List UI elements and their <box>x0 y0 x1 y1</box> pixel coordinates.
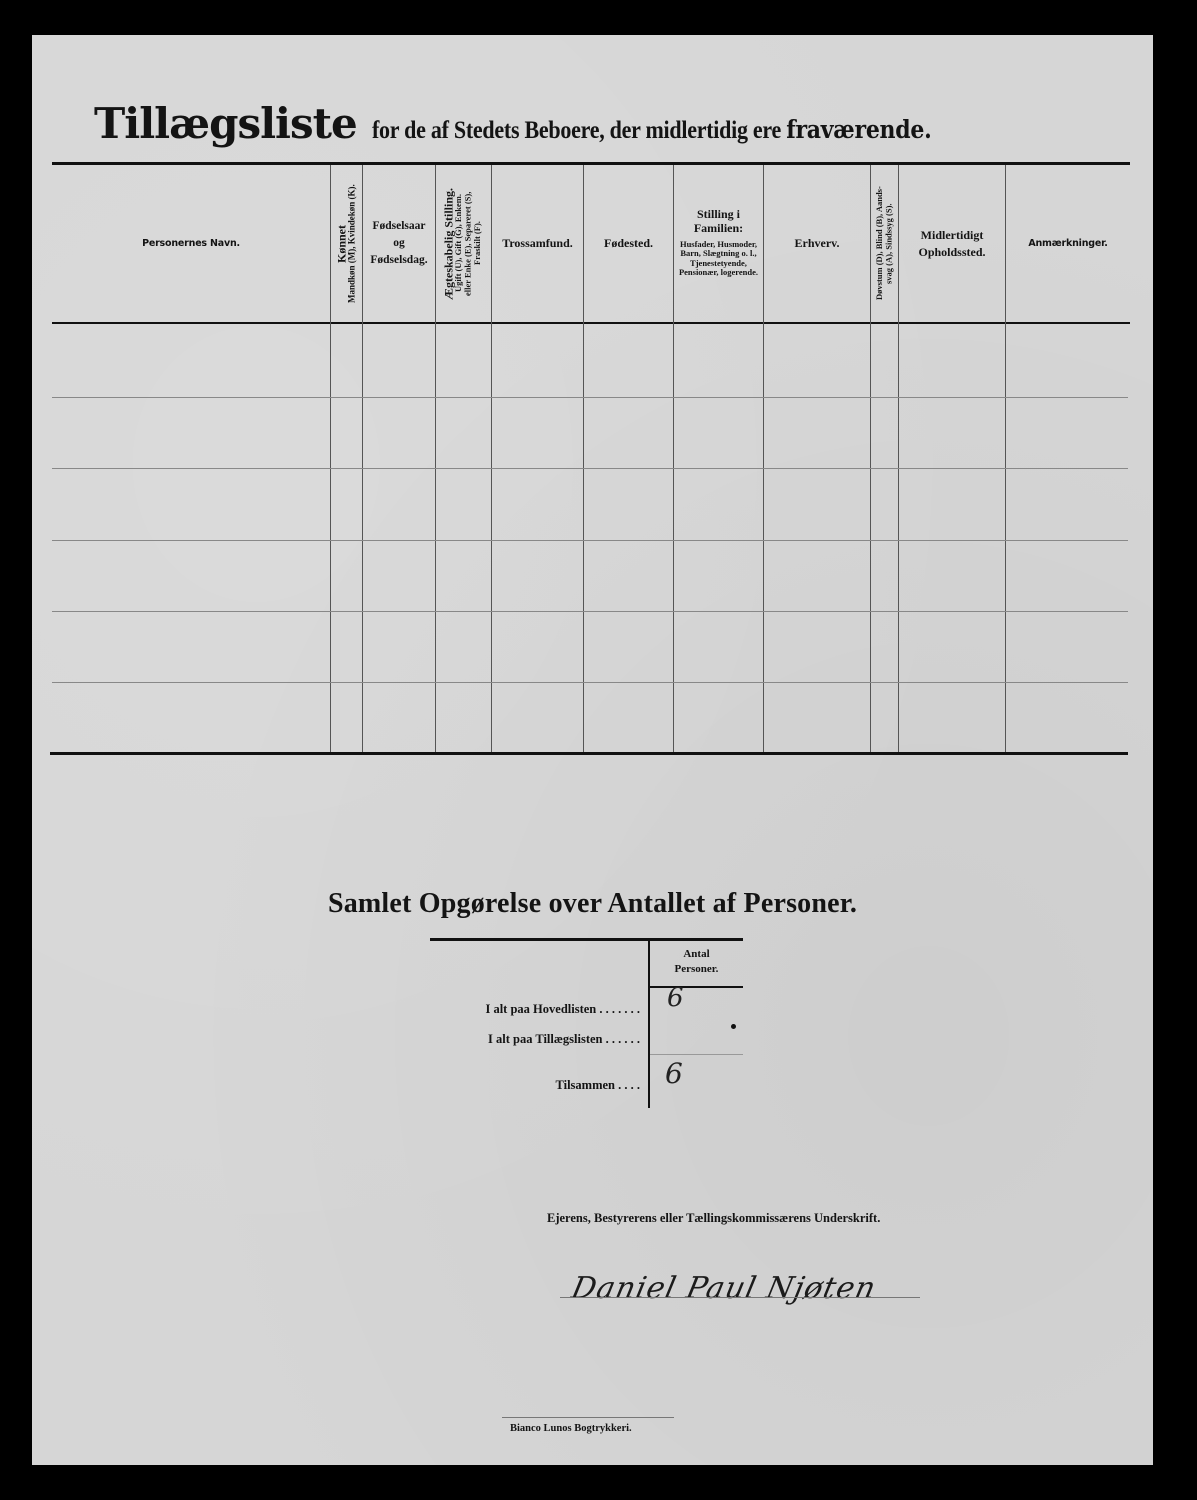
summary-label-tilsammen: Tilsammen . . . . <box>430 1078 640 1093</box>
title-emphasis: fraværende. <box>786 115 931 144</box>
table-row[interactable] <box>52 469 1128 540</box>
table-bottom-rule <box>50 752 1128 755</box>
table-row[interactable] <box>52 612 1128 682</box>
signature[interactable]: Daniel Paul Njøten <box>568 1271 879 1306</box>
census-form-page: Tillægsliste for de af Stedets Beboere, … <box>32 35 1153 1465</box>
header-erhverv: Erhverv. <box>764 165 870 322</box>
summary-label-hovedlisten: I alt paa Hovedlisten . . . . . . . <box>430 1002 640 1017</box>
printer-imprint: Bianco Lunos Bogtrykkeri. <box>510 1423 632 1434</box>
title-subtitle: for de af Stedets Beboere, der midlertid… <box>372 115 932 145</box>
header-fodsel: FødselsaarogFødselsdag. <box>363 165 435 322</box>
ink-dot <box>731 1024 736 1029</box>
header-navn: Personernes Navn. <box>52 165 330 322</box>
form-title: Tillægsliste for de af Stedets Beboere, … <box>94 99 1104 159</box>
signature-caption: Ejerens, Bestyrerens eller Tællingskommi… <box>547 1211 880 1226</box>
signature-line <box>560 1297 920 1298</box>
summary-title: Samlet Opgørelse over Antallet af Person… <box>32 888 1153 920</box>
table-row[interactable] <box>52 683 1128 752</box>
table-row[interactable] <box>52 398 1128 468</box>
header-aegteskab: Ægteskabelig Stilling.Ugift (U), Gift (G… <box>436 167 491 320</box>
table-row[interactable] <box>52 541 1128 611</box>
summary-top-rule <box>430 938 743 941</box>
header-bottom-rule <box>52 322 1130 324</box>
header-fodested: Fødested. <box>584 165 673 322</box>
header-kjon: KønnetMandkøn (M), Kvindekøn (K). <box>331 167 362 320</box>
header-stilling: Stilling i Familien: Husfader, Husmoder,… <box>674 165 763 322</box>
table-row[interactable] <box>52 325 1128 397</box>
header-dovstum: Døvstum (D), Blind (B), Aands-svag (A), … <box>871 167 898 320</box>
header-trossamfund: Trossamfund. <box>492 165 583 322</box>
title-main: Tillægsliste <box>94 99 357 148</box>
summary-header-rule <box>650 986 743 988</box>
header-ophold: MidlertidigtOpholdssted. <box>899 165 1005 322</box>
summary-subtotal-rule <box>650 1054 743 1055</box>
summary-value-hovedlisten[interactable]: 6 <box>667 983 684 1013</box>
summary-value-tillaegslisten[interactable] <box>667 1025 707 1049</box>
printer-rule <box>502 1417 674 1418</box>
summary-value-tilsammen[interactable]: 6 <box>665 1057 683 1090</box>
summary-column-header: Antal Personer. <box>650 947 743 977</box>
summary-label-tillaegslisten: I alt paa Tillægslisten . . . . . . <box>430 1032 640 1047</box>
header-anmaerkninger: Anmærkninger. <box>1006 165 1130 322</box>
